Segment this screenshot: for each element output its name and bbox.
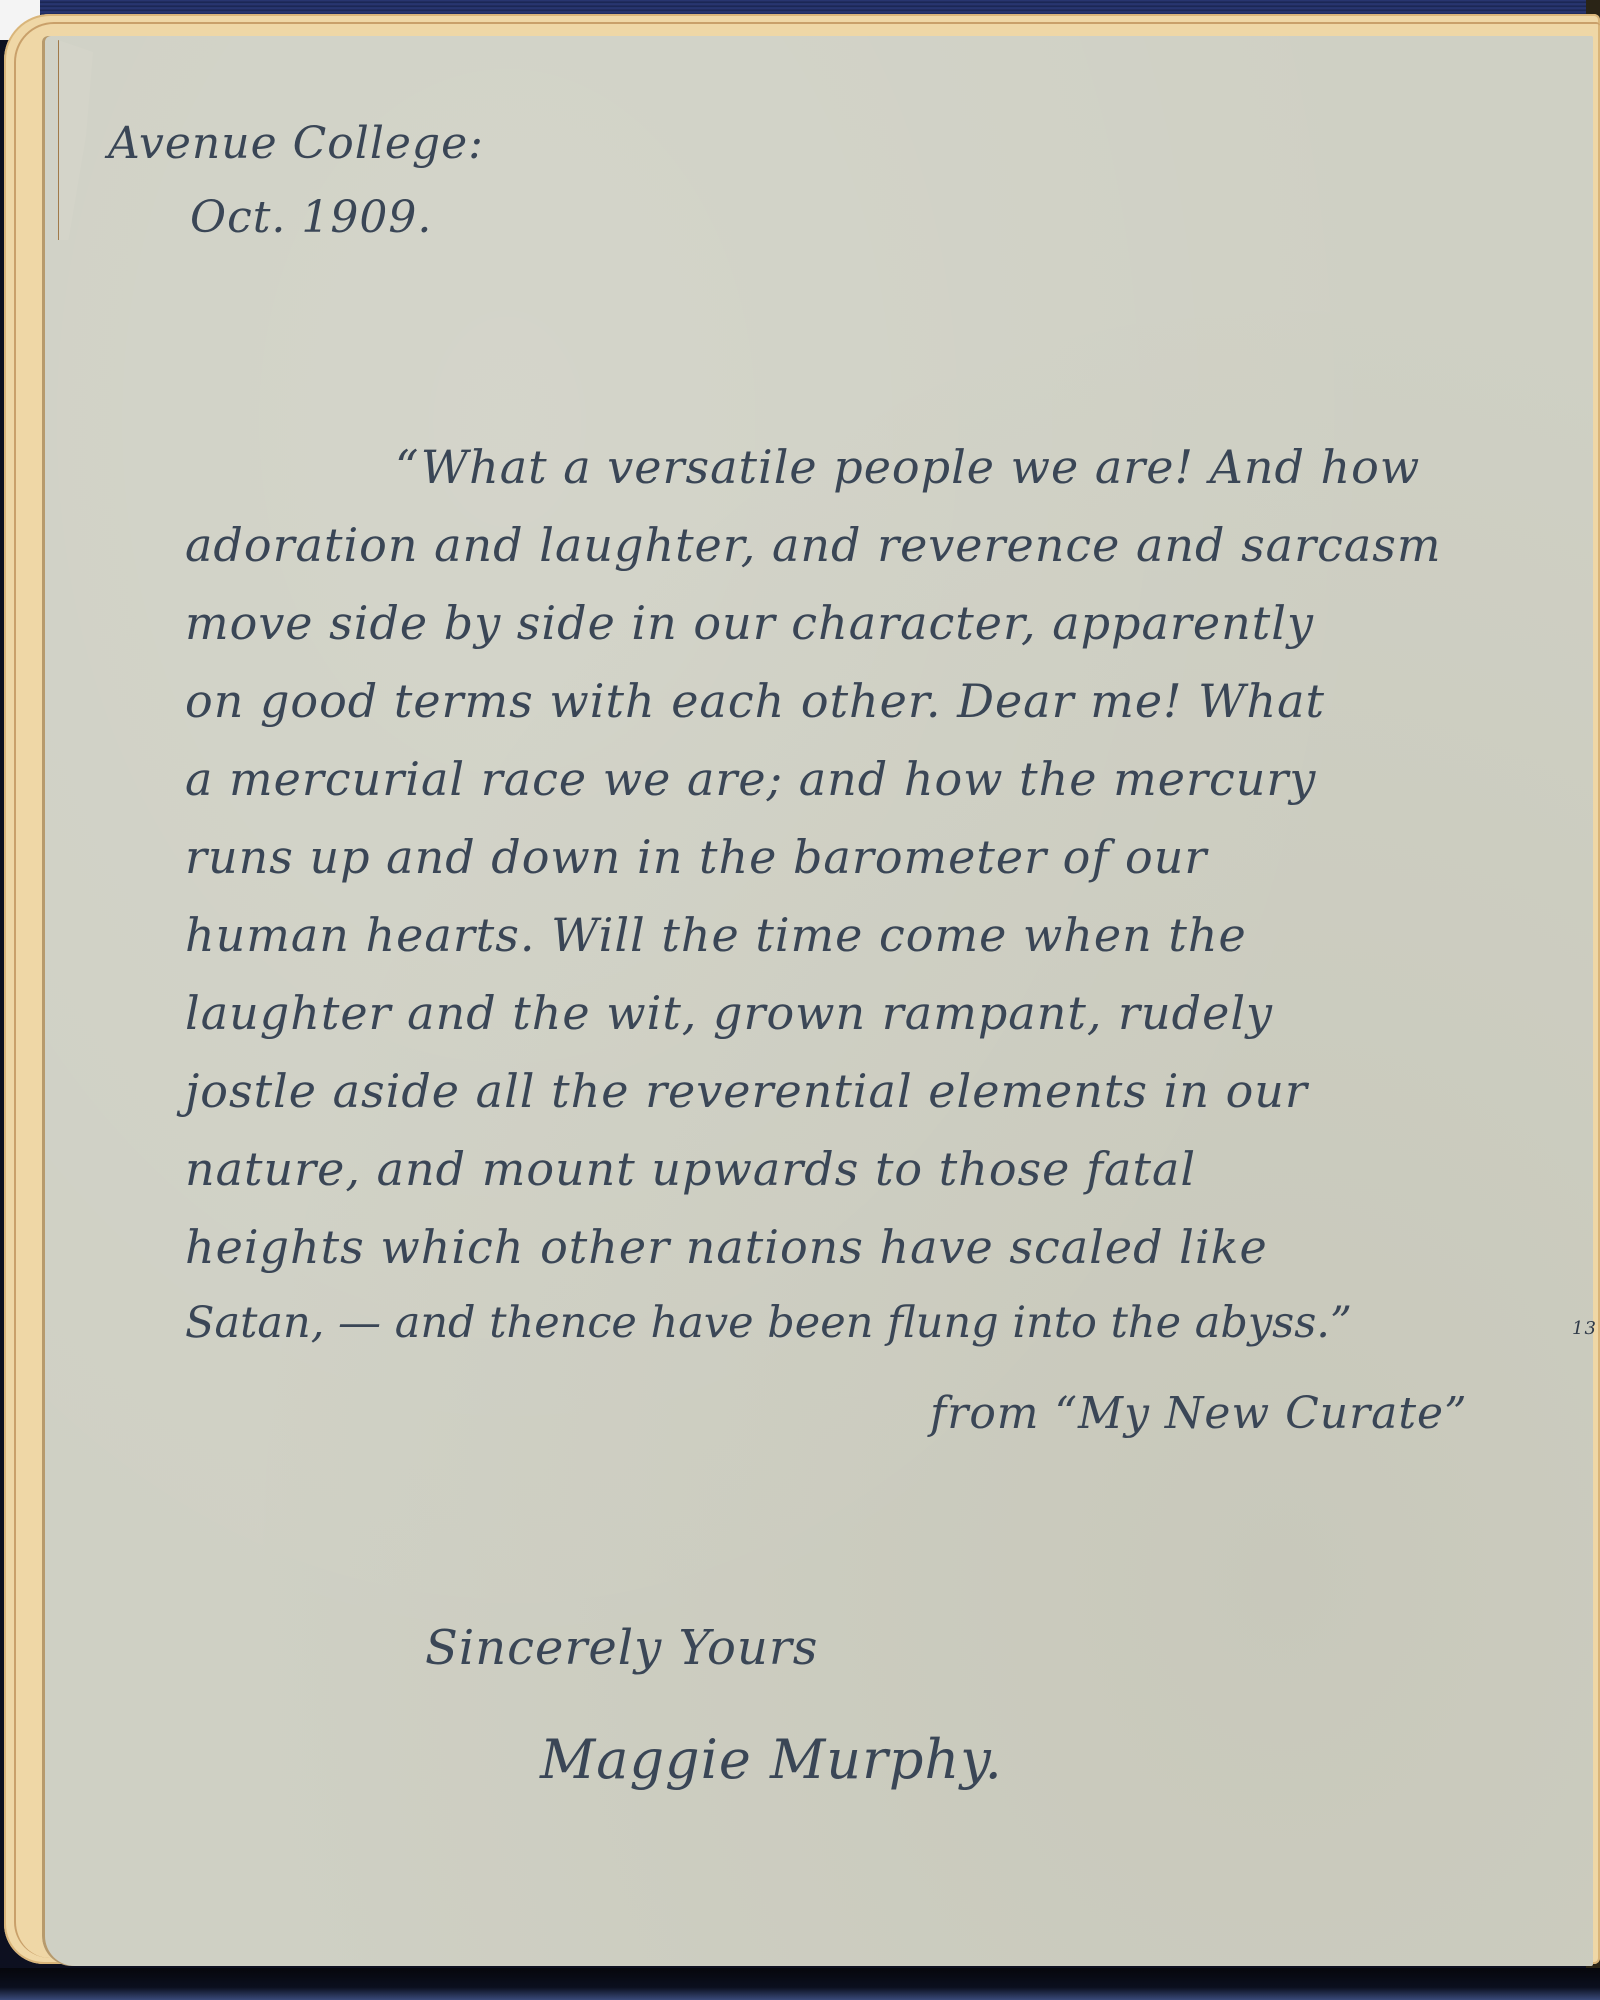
header-date: Oct. 1909.	[190, 192, 432, 243]
quote-line: runs up and down in the barometer of our	[185, 830, 1207, 884]
quote-line: nature, and mount upwards to those fatal	[185, 1142, 1196, 1196]
book-cover-bottom	[0, 1968, 1600, 2000]
quote-source: from “My New Curate”	[930, 1388, 1468, 1439]
quote-line: heights which other nations have scaled …	[185, 1220, 1268, 1274]
signature: Maggie Murphy.	[540, 1728, 1003, 1791]
quote-line: move side by side in our character, appa…	[185, 596, 1314, 650]
closing-salutation: Sincerely Yours	[425, 1620, 818, 1676]
quote-line: “What a versatile people we are! And how	[395, 440, 1420, 494]
quote-line: human hearts. Will the time come when th…	[185, 908, 1247, 962]
quote-line: jostle aside all the reverential element…	[185, 1064, 1308, 1118]
page-number: 13	[1572, 1318, 1597, 1339]
quote-line: Satan, — and thence have been flung into…	[185, 1298, 1352, 1348]
quote-line: a mercurial race we are; and how the mer…	[185, 752, 1316, 806]
quote-line: adoration and laughter, and reverence an…	[185, 518, 1442, 572]
quote-line: laughter and the wit, grown rampant, rud…	[185, 986, 1273, 1040]
quote-line: on good terms with each other. Dear me! …	[185, 674, 1325, 728]
header-place: Avenue College:	[108, 118, 484, 169]
